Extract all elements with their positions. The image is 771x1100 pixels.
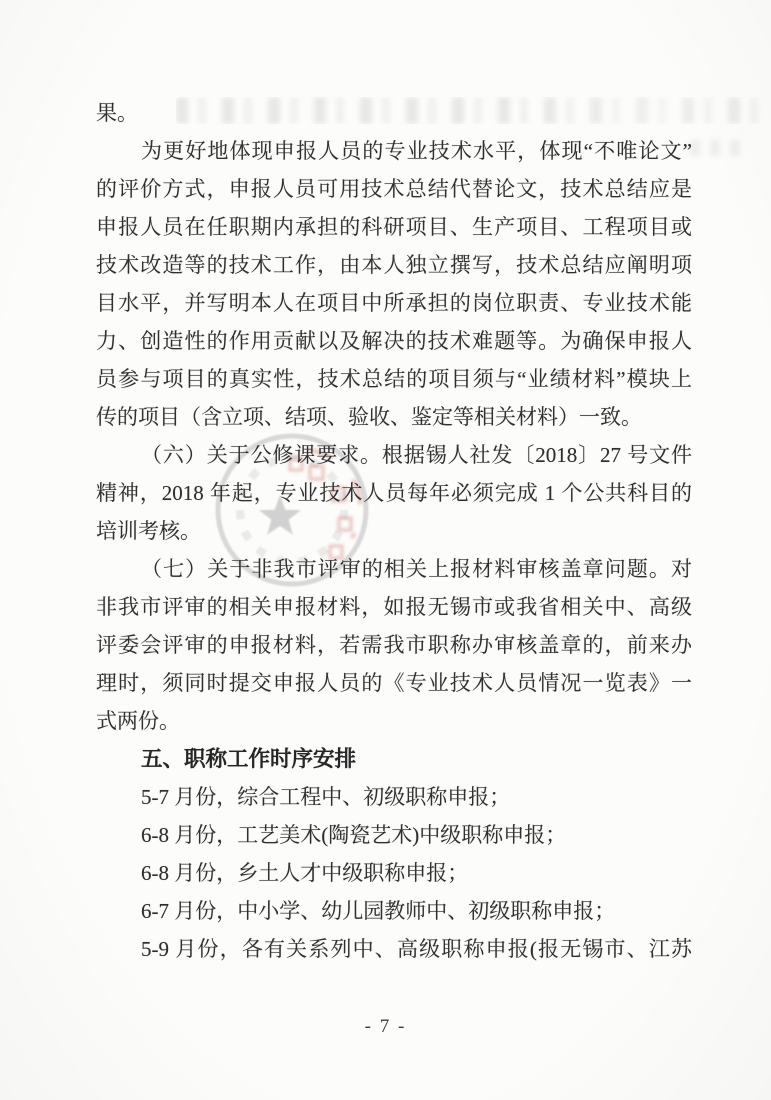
page-number: - 7 - (0, 1016, 771, 1038)
text-line: 精神，2018 年起，专业技术人员每年必须完成 1 个公共科目的 (96, 474, 692, 512)
text-line: 目水平，并写明本人在项目中所承担的岗位职责、专业技术能 (96, 284, 692, 322)
text-line: 6-8 月份，乡土人才中级职称申报； (96, 854, 692, 892)
text-line: 培训考核。 (96, 512, 692, 550)
text-line: 员参与项目的真实性，技术总结的项目须与“业绩材料”模块上 (96, 360, 692, 398)
document-body: 果。为更好地体现申报人员的专业技术水平，体现“不唯论文”的评价方式，申报人员可用… (96, 94, 692, 968)
text-line: 技术改造等的技术工作，由本人独立撰写，技术总结应阐明项 (96, 246, 692, 284)
text-line: 6-7 月份，中小学、幼儿园教师中、初级职称申报； (96, 892, 692, 930)
text-line: 5-7 月份，综合工程中、初级职称申报； (96, 778, 692, 816)
text-line: 申报人员在任职期内承担的科研项目、生产项目、工程项目或 (96, 208, 692, 246)
text-line: 理时，须同时提交申报人员的《专业技术人员情况一览表》一 (96, 664, 692, 702)
text-line: 果。 (96, 94, 692, 132)
scanned-document-page: 果。为更好地体现申报人员的专业技术水平，体现“不唯论文”的评价方式，申报人员可用… (0, 0, 771, 1100)
section-heading: 五、职称工作时序安排 (96, 740, 692, 778)
text-line: 的评价方式，申报人员可用技术总结代替论文，技术总结应是 (96, 170, 692, 208)
text-line: （六）关于公修课要求。根据锡人社发〔2018〕27 号文件 (96, 436, 692, 474)
text-line: 评委会评审的申报材料，若需我市职称办审核盖章的，前来办 (96, 626, 692, 664)
bleed-through-smudge (690, 140, 750, 156)
text-line: 5-9 月份，各有关系列中、高级职称申报(报无锡市、江苏 (96, 930, 692, 968)
text-line: 式两份。 (96, 702, 692, 740)
text-line: 力、创造性的作用贡献以及解决的技术难题等。为确保申报人 (96, 322, 692, 360)
text-line: 非我市评审的相关申报材料，如报无锡市或我省相关中、高级 (96, 588, 692, 626)
text-line: （七）关于非我市评审的相关上报材料审核盖章问题。对 (96, 550, 692, 588)
text-line: 6-8 月份，工艺美术(陶瓷艺术)中级职称申报； (96, 816, 692, 854)
text-line: 为更好地体现申报人员的专业技术水平，体现“不唯论文” (96, 132, 692, 170)
text-line: 传的项目（含立项、结项、验收、鉴定等相关材料）一致。 (96, 398, 692, 436)
